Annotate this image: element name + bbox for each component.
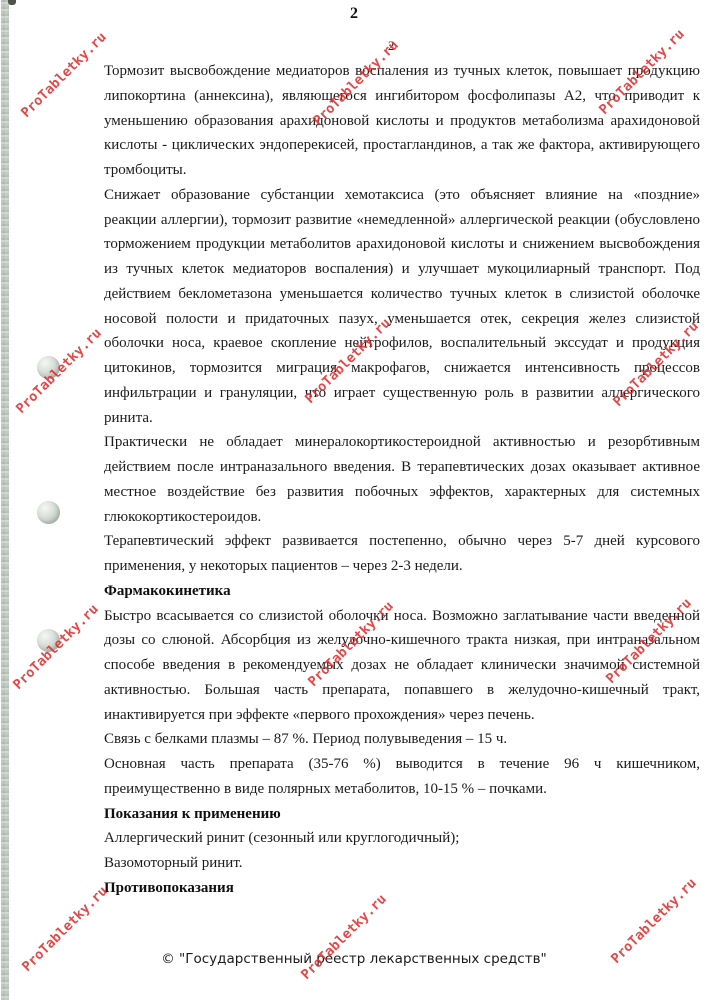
paragraph-pharmacokinetics-3: Основная часть препарата (35-76 %) вывод… xyxy=(104,752,700,802)
footer-copyright: © "Государственный реестр лекарственных … xyxy=(0,951,708,967)
paragraph-pharmacodynamics-1: Тормозит высвобождение медиаторов воспал… xyxy=(104,59,700,183)
scan-artifact-sphere-2 xyxy=(37,501,60,524)
section-heading-pharmacokinetics: Фармакокинетика xyxy=(104,579,700,604)
watermark-text: ProTabletky.ru xyxy=(18,29,110,121)
paragraph-pharmacodynamics-4: Терапевтический эффект развивается посте… xyxy=(104,529,700,579)
scan-edge-strip xyxy=(1,0,9,1000)
paragraph-indication-2: Вазомоторный ринит. xyxy=(104,851,700,876)
paragraph-indication-1: Аллергический ринит (сезонный или кругло… xyxy=(104,826,700,851)
scan-artifact-sphere-3 xyxy=(37,629,60,652)
secondary-page-number: 2 xyxy=(388,39,394,54)
paragraph-pharmacokinetics-1: Быстро всасывается со слизистой оболочки… xyxy=(104,604,700,728)
page-number: 2 xyxy=(0,5,708,23)
scanned-document-page: 2 2 Тормозит высвобождение медиаторов во… xyxy=(0,0,708,1000)
section-heading-indications: Показания к применению xyxy=(104,802,700,827)
paragraph-pharmacokinetics-2: Связь с белками плазмы – 87 %. Период по… xyxy=(104,727,700,752)
scan-artifact-sphere-1 xyxy=(37,356,60,379)
document-body: Тормозит высвобождение медиаторов воспал… xyxy=(104,59,700,901)
paragraph-pharmacodynamics-3: Практически не обладает минералокортикос… xyxy=(104,430,700,529)
watermark-text: ProTabletky.ru xyxy=(298,891,390,983)
paragraph-pharmacodynamics-2: Снижает образование субстанции хемотакси… xyxy=(104,183,700,431)
section-heading-contraindications: Противопоказания xyxy=(104,876,700,901)
